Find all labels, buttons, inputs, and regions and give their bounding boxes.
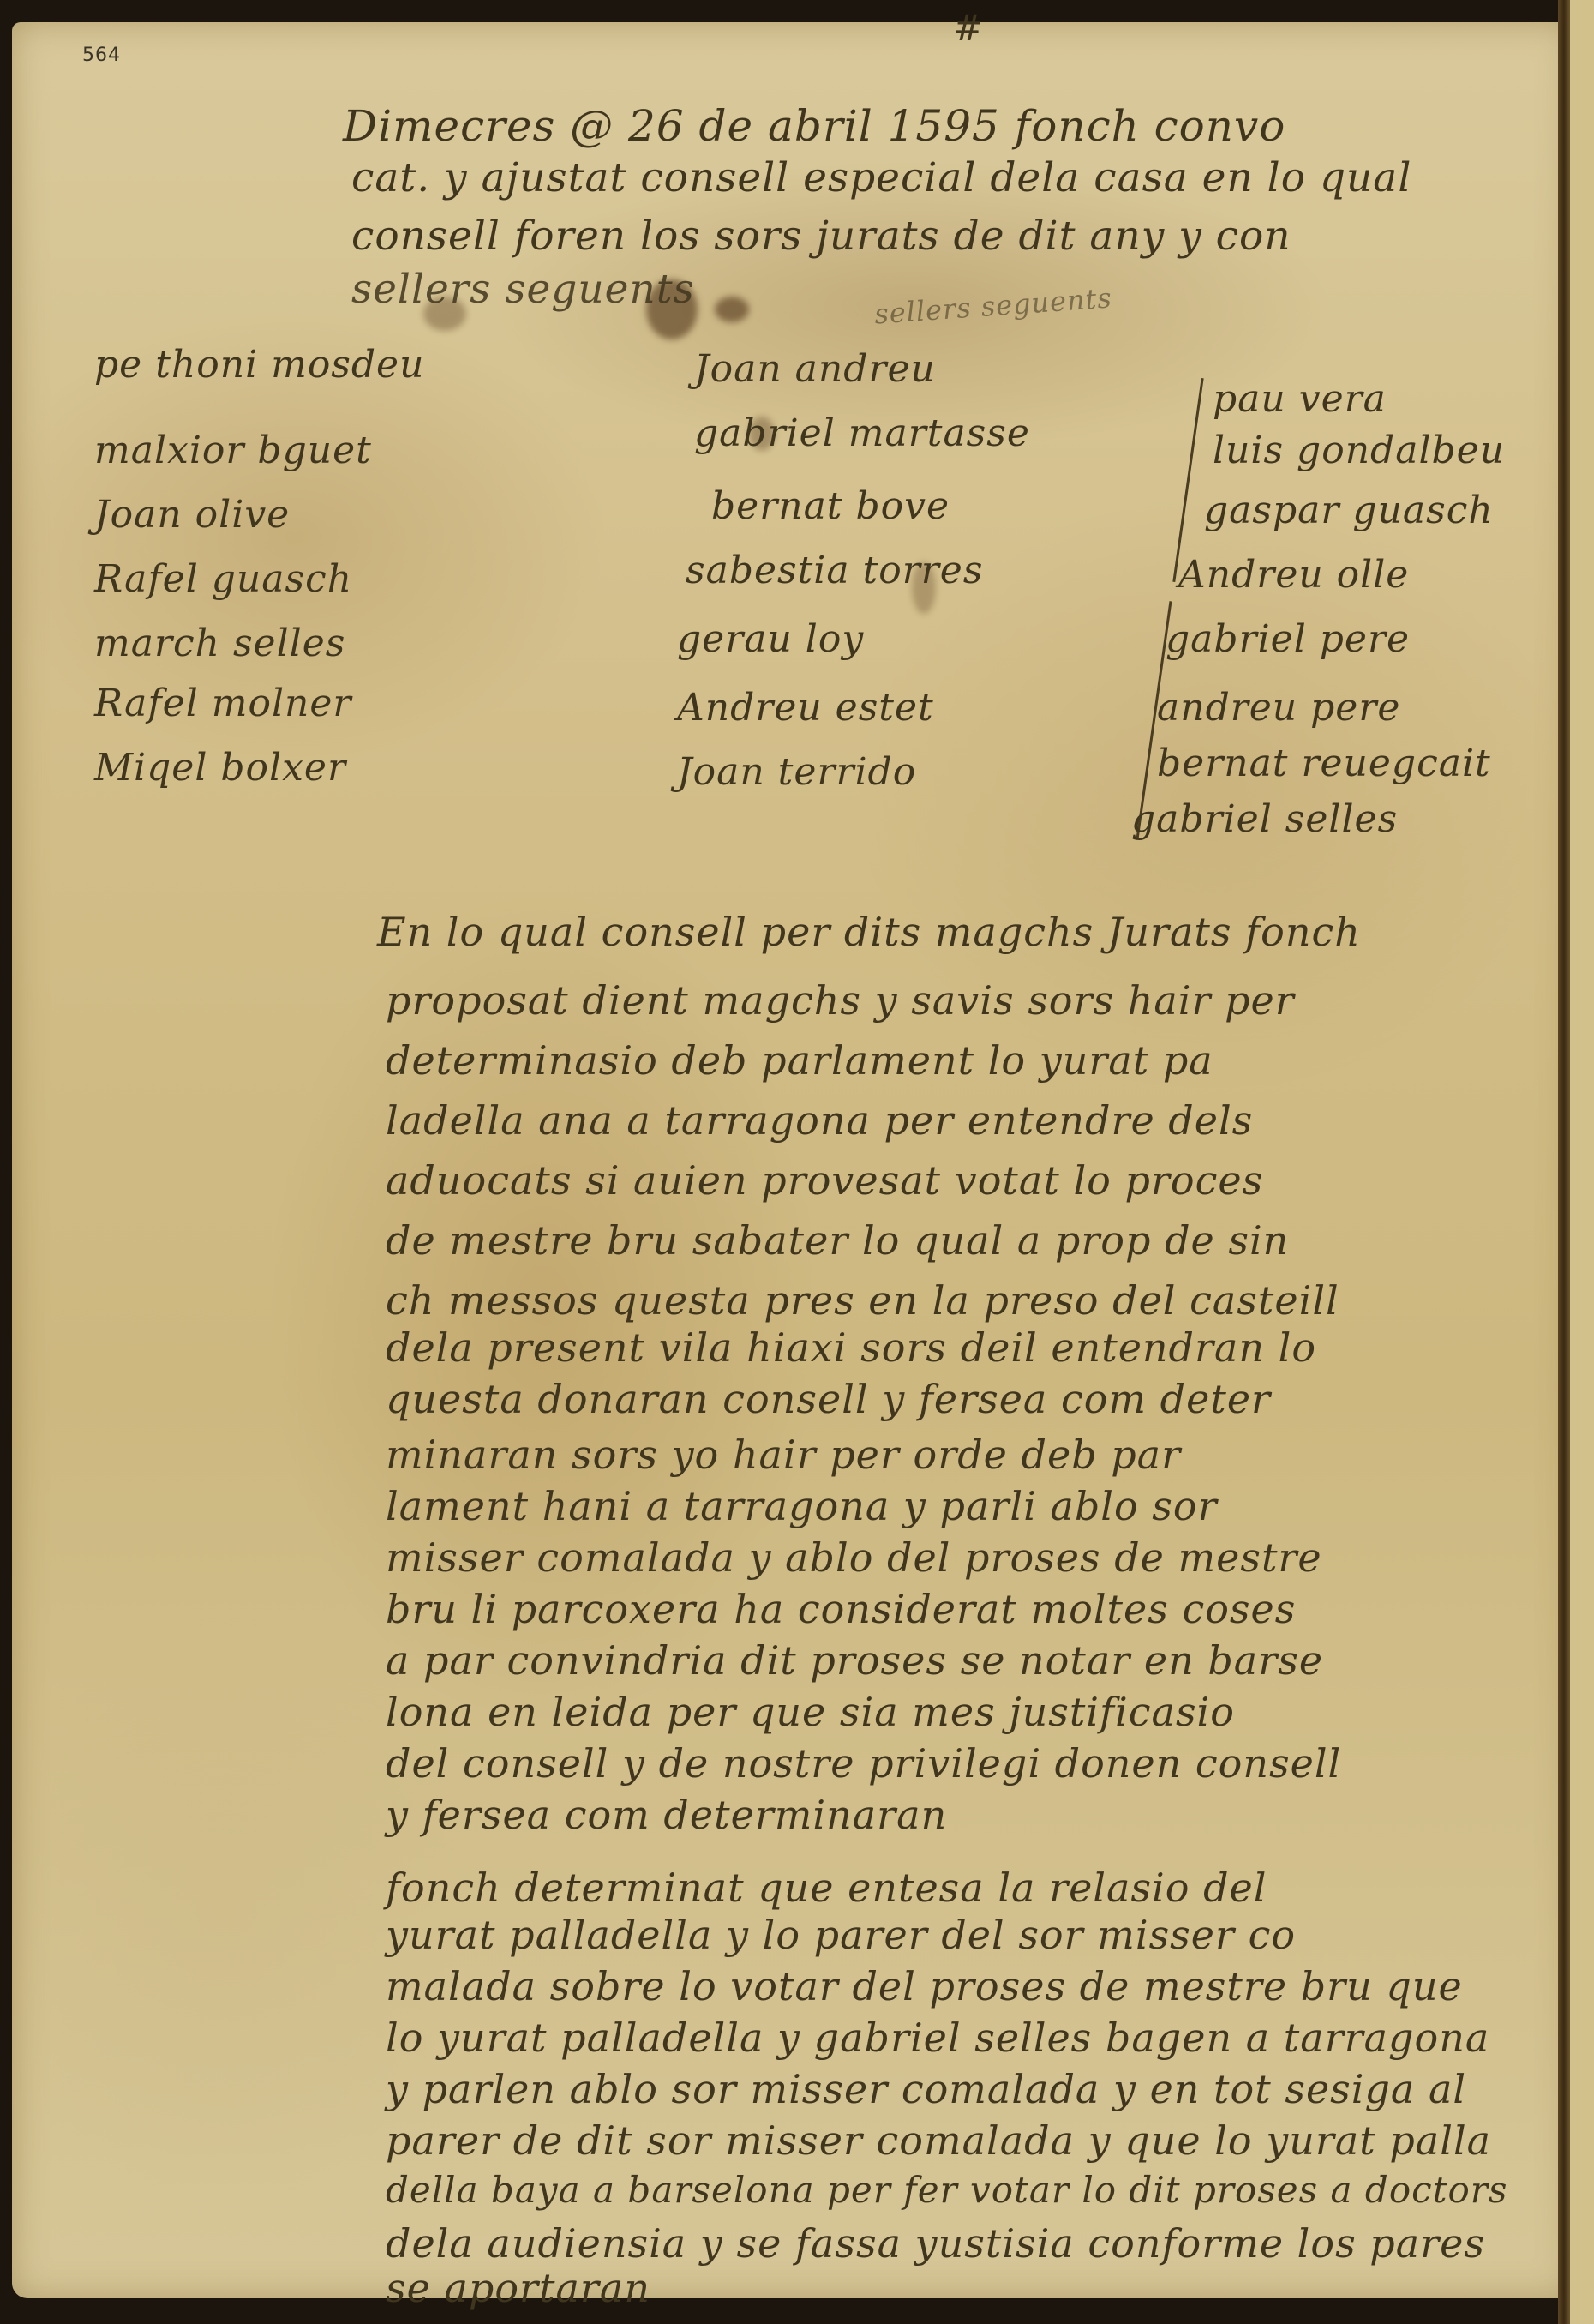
name-entry: bernat reuegcait [1157, 742, 1491, 785]
name-entry: Rafel guasch [94, 557, 352, 601]
text-line: lona en leida per que sia mes justificas… [386, 1689, 1235, 1735]
text-line: malada sobre lo votar del proses de mest… [386, 1963, 1463, 2009]
header-line-4: sellers seguents [351, 266, 695, 313]
text-line: dela audiensia y se fassa yustisia confo… [386, 2220, 1485, 2267]
name-entry: gaspar guasch [1204, 489, 1494, 532]
name-entry: Miqel bolxer [94, 746, 346, 790]
text-line: ch messos questa pres en la preso del ca… [386, 1277, 1339, 1324]
text-line: della baya a barselona per fer votar lo … [386, 2169, 1507, 2211]
facing-page-edge [1570, 0, 1594, 2324]
name-entry: sabestia torres [686, 549, 983, 592]
name-entry: Rafel molner [94, 682, 351, 725]
header-line-1: Dimecres @ 26 de abril 1595 fonch convo [343, 101, 1285, 151]
text-line: a par convindria dit proses se notar en … [386, 1637, 1323, 1684]
name-entry: Joan olive [94, 493, 290, 537]
name-entry: gabriel selles [1131, 797, 1398, 841]
name-entry: Andreu estet [677, 686, 934, 730]
name-entry: pau vera [1213, 377, 1387, 421]
name-entry: march selles [94, 622, 345, 665]
name-entry: andreu pere [1157, 686, 1400, 730]
text-line: aduocats si auien provesat votat lo proc… [386, 1157, 1263, 1204]
name-entry: gerau loy [677, 617, 864, 661]
text-line: del consell y de nostre privilegi donen … [386, 1740, 1341, 1787]
text-line: En lo qual consell per dits magchs Jurat… [377, 909, 1361, 955]
text-line: lo yurat palladella y gabriel selles bag… [386, 2015, 1489, 2061]
top-mark: # [953, 7, 984, 49]
name-entry: malxior bguet [94, 429, 372, 472]
text-line: minaran sors yo hair per orde deb par [386, 1432, 1181, 1478]
text-line: bru li parcoxera ha considerat moltes co… [386, 1586, 1296, 1632]
ink-blot [715, 297, 749, 322]
text-line: dela present vila hiaxi sors deil entend… [386, 1324, 1316, 1371]
text-line: y fersea com determinaran [386, 1792, 947, 1838]
folio-number: 564 [82, 45, 121, 66]
name-entry: gabriel pere [1166, 617, 1410, 661]
text-line: se aportaran [386, 2265, 650, 2311]
name-entry: bernat bove [711, 484, 950, 528]
text-line: determinasio deb parlament lo yurat pa [386, 1037, 1213, 1084]
name-entry: gabriel martasse [694, 411, 1030, 455]
text-line: y parlen ablo sor misser comalada y en t… [386, 2066, 1466, 2112]
text-line: yurat palladella y lo parer del sor miss… [386, 1912, 1296, 1958]
text-line: parer de dit sor misser comalada y que l… [386, 2117, 1491, 2164]
text-line: fonch determinat que entesa la relasio d… [386, 1865, 1267, 1911]
name-entry: luis gondalbeu [1213, 429, 1505, 472]
binding-gutter [1558, 0, 1570, 2324]
name-entry: pe thoni mosdeu [94, 343, 424, 387]
header-line-3: consell foren los sors jurats de dit any… [351, 213, 1291, 260]
name-entry: Joan andreu [694, 347, 936, 391]
header-line-2: cat. y ajustat consell especial dela cas… [351, 154, 1411, 201]
text-line: proposat dient magchs y savis sors hair … [386, 977, 1295, 1024]
name-entry: Andreu olle [1178, 553, 1409, 597]
text-line: misser comalada y ablo del proses de mes… [386, 1534, 1322, 1581]
text-line: ladella ana a tarragona per entendre del… [386, 1097, 1253, 1144]
text-line: questa donaran consell y fersea com dete… [386, 1376, 1271, 1422]
text-line: de mestre bru sabater lo qual a prop de … [386, 1217, 1289, 1264]
text-line: lament hani a tarragona y parli ablo sor [386, 1483, 1218, 1529]
name-entry: Joan terrido [677, 750, 916, 794]
